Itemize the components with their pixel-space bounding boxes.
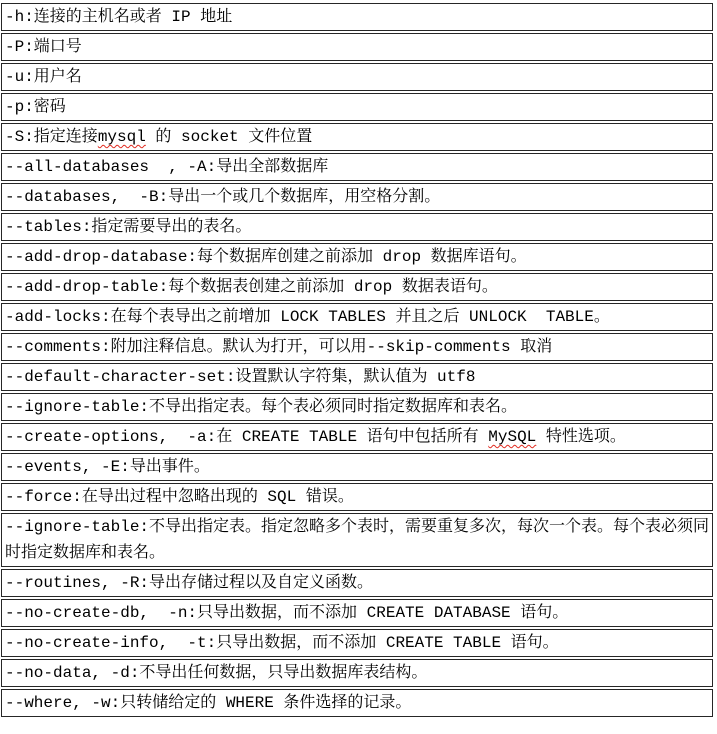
row-text: -p:密码 bbox=[5, 98, 66, 116]
table-row: --no-create-info, -t:只导出数据，而不添加 CREATE T… bbox=[1, 629, 713, 657]
spellcheck-word: mysql bbox=[98, 128, 146, 146]
table-row: --no-create-db, -n:只导出数据，而不添加 CREATE DAT… bbox=[1, 599, 713, 627]
row-text: -u:用户名 bbox=[5, 68, 82, 86]
row-text: --add-drop-database:每个数据库创建之前添加 drop 数据库… bbox=[5, 248, 527, 266]
row-text: --create-options, -a:在 CREATE TABLE 语句中包… bbox=[5, 428, 488, 446]
table-row: -h:连接的主机名或者 IP 地址 bbox=[1, 3, 713, 31]
table-row: --routines, -R:导出存储过程以及自定义函数。 bbox=[1, 569, 713, 597]
row-text: --databases, -B:导出一个或几个数据库，用空格分割。 bbox=[5, 188, 440, 206]
row-text: 特性选项。 bbox=[536, 428, 626, 446]
table-row: --events, -E:导出事件。 bbox=[1, 453, 713, 481]
table-row: -u:用户名 bbox=[1, 63, 713, 91]
row-text: --ignore-table:不导出指定表。每个表必须同时指定数据库和表名。 bbox=[5, 398, 517, 416]
row-text: -h:连接的主机名或者 IP 地址 bbox=[5, 8, 232, 26]
row-text: --routines, -R:导出存储过程以及自定义函数。 bbox=[5, 574, 373, 592]
row-text: --no-data, -d:不导出任何数据，只导出数据库表结构。 bbox=[5, 664, 427, 682]
row-text: -add-locks:在每个表导出之前增加 LOCK TABLES 并且之后 U… bbox=[5, 308, 610, 326]
table-row: -S:指定连接mysql 的 socket 文件位置 bbox=[1, 123, 713, 151]
mysqldump-options-table: -h:连接的主机名或者 IP 地址-P:端口号-u:用户名-p:密码-S:指定连… bbox=[1, 3, 713, 717]
table-row: --create-options, -a:在 CREATE TABLE 语句中包… bbox=[1, 423, 713, 451]
table-row: --databases, -B:导出一个或几个数据库，用空格分割。 bbox=[1, 183, 713, 211]
row-text: --events, -E:导出事件。 bbox=[5, 458, 210, 476]
table-row: --add-drop-table:每个数据表创建之前添加 drop 数据表语句。 bbox=[1, 273, 713, 301]
table-row: -P:端口号 bbox=[1, 33, 713, 61]
table-row: --force:在导出过程中忽略出现的 SQL 错误。 bbox=[1, 483, 713, 511]
row-text: -S:指定连接 bbox=[5, 128, 98, 146]
row-text: --no-create-info, -t:只导出数据，而不添加 CREATE T… bbox=[5, 634, 559, 652]
table-row: --comments:附加注释信息。默认为打开，可以用--skip-commen… bbox=[1, 333, 713, 361]
table-row: -p:密码 bbox=[1, 93, 713, 121]
table-row: --default-character-set:设置默认字符集，默认值为 utf… bbox=[1, 363, 713, 391]
table-row: -add-locks:在每个表导出之前增加 LOCK TABLES 并且之后 U… bbox=[1, 303, 713, 331]
row-text: --tables:指定需要导出的表名。 bbox=[5, 218, 251, 236]
table-row: --all-databases , -A:导出全部数据库 bbox=[1, 153, 713, 181]
table-row: --add-drop-database:每个数据库创建之前添加 drop 数据库… bbox=[1, 243, 713, 271]
row-text: --no-create-db, -n:只导出数据，而不添加 CREATE DAT… bbox=[5, 604, 568, 622]
row-text: --where, -w:只转储给定的 WHERE 条件选择的记录。 bbox=[5, 694, 411, 712]
row-text: 的 socket 文件位置 bbox=[146, 128, 312, 146]
table-row: --where, -w:只转储给定的 WHERE 条件选择的记录。 bbox=[1, 689, 713, 717]
row-text: --all-databases , -A:导出全部数据库 bbox=[5, 158, 328, 176]
document-page: -h:连接的主机名或者 IP 地址-P:端口号-u:用户名-p:密码-S:指定连… bbox=[0, 0, 717, 717]
row-text: -P:端口号 bbox=[5, 38, 82, 56]
spellcheck-word: MySQL bbox=[488, 428, 536, 446]
row-text: --comments:附加注释信息。默认为打开，可以用--skip-commen… bbox=[5, 338, 552, 356]
row-text: --ignore-table:不导出指定表。指定忽略多个表时，需要重复多次，每次… bbox=[5, 518, 709, 562]
table-row: --no-data, -d:不导出任何数据，只导出数据库表结构。 bbox=[1, 659, 713, 687]
table-row: --tables:指定需要导出的表名。 bbox=[1, 213, 713, 241]
row-text: --default-character-set:设置默认字符集，默认值为 utf… bbox=[5, 368, 475, 386]
table-row: --ignore-table:不导出指定表。指定忽略多个表时，需要重复多次，每次… bbox=[1, 513, 713, 567]
row-text: --add-drop-table:每个数据表创建之前添加 drop 数据表语句。 bbox=[5, 278, 498, 296]
table-row: --ignore-table:不导出指定表。每个表必须同时指定数据库和表名。 bbox=[1, 393, 713, 421]
row-text: --force:在导出过程中忽略出现的 SQL 错误。 bbox=[5, 488, 354, 506]
